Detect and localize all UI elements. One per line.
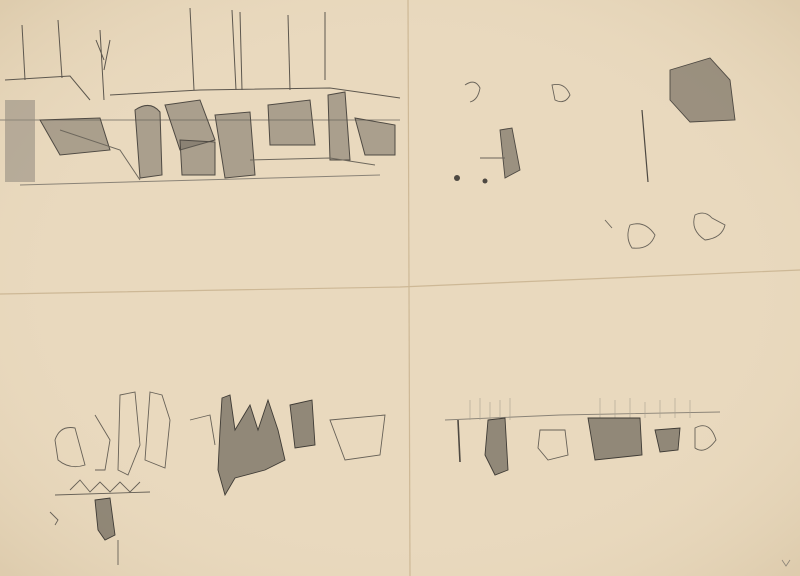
sketch-sheet: Pencil sketch sheet with four quadrants … bbox=[0, 0, 800, 576]
pencil-drawing bbox=[0, 0, 800, 576]
